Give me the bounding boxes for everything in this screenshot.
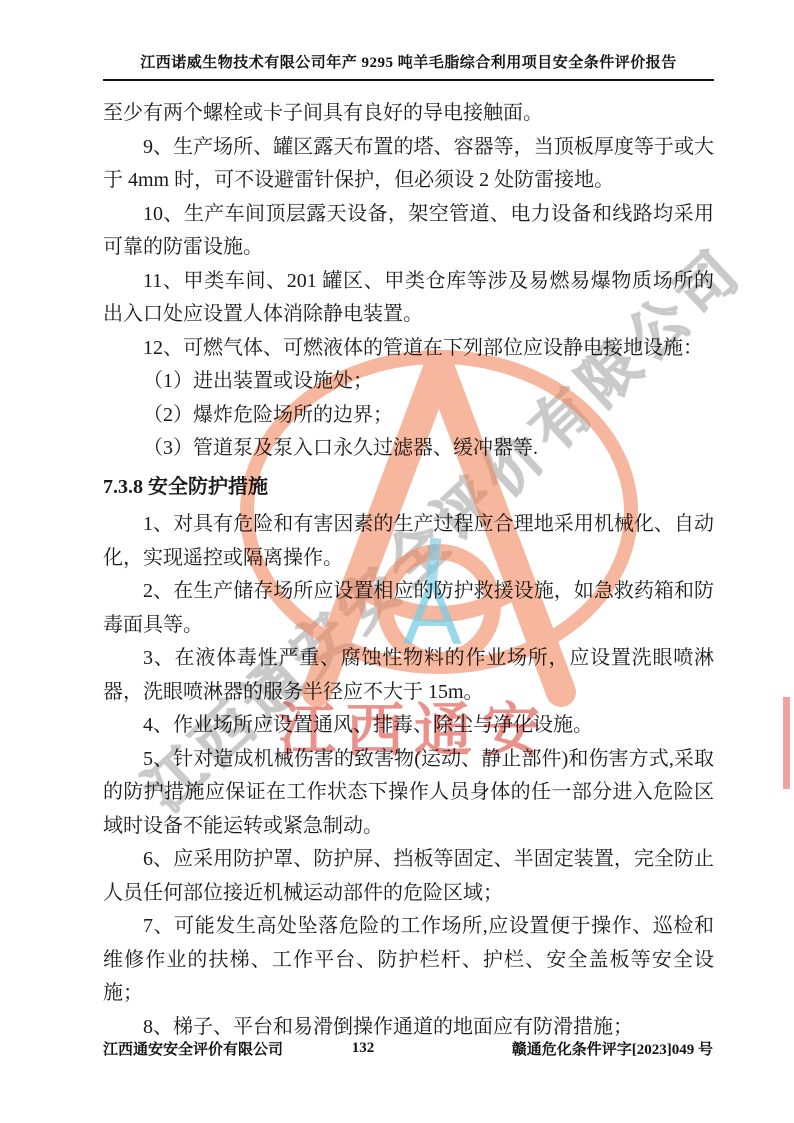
section-heading: 7.3.8 安全防护措施	[103, 471, 714, 505]
body-paragraph: 11、甲类车间、201 罐区、甲类仓库等涉及易燃易爆物质场所的出入口处应设置人体…	[103, 265, 714, 332]
body-paragraph: 10、生产车间顶层露天设备，架空管道、电力设备和线路均采用可靠的防雷设施。	[103, 198, 714, 265]
body-paragraph: 1、对具有危险和有害因素的生产过程应合理地采用机械化、自动化，实现遥控或隔离操作…	[103, 508, 714, 575]
body-paragraph: 6、应采用防护罩、防护屏、挡板等固定、半固定装置，完全防止人员任何部位接近机械运…	[103, 843, 714, 910]
red-watermark-edge-fragment	[783, 697, 790, 789]
page-footer: 江西通安安全评价有限公司 132 赣通危化条件评字[2023]049 号	[0, 1038, 794, 1062]
page-header-title: 江西诺威生物技术有限公司年产 9295 吨羊毛脂综合利用项目安全条件评价报告	[103, 51, 714, 72]
body-paragraph: 12、可燃气体、可燃液体的管道在下列部位应设静电接地设施：	[103, 332, 714, 366]
body-paragraph: 9、生产场所、罐区露天布置的塔、容器等，当顶板厚度等于或大于 4mm 时，可不设…	[103, 131, 714, 198]
body-paragraph: 3、在液体毒性严重、腐蚀性物料的作业场所，应设置洗眼喷淋器，洗眼喷淋器的服务半径…	[103, 642, 714, 709]
report-page: 江西诺威生物技术有限公司年产 9295 吨羊毛脂综合利用项目安全条件评价报告 至…	[0, 0, 794, 1123]
body-paragraph: 至少有两个螺栓或卡子间具有良好的导电接触面。	[103, 97, 714, 131]
body-paragraph: 5、针对造成机械伤害的致害物(运动、静止部件)和伤害方式,采取的防护措施应保证在…	[103, 743, 714, 844]
footer-doc-number: 赣通危化条件评字[2023]049 号	[512, 1038, 713, 1059]
body-paragraph: 2、在生产储存场所应设置相应的防护救援设施，如急救药箱和防毒面具等。	[103, 575, 714, 642]
body-paragraph: 4、作业场所应设置通风、排毒、除尘与净化设施。	[103, 709, 714, 743]
body-list-item: （3）管道泵及泵入口永久过滤器、缓冲器等.	[103, 432, 714, 466]
body-list-item: （1）进出装置或设施处；	[103, 365, 714, 399]
body-list-item: （2）爆炸危险场所的边界；	[103, 399, 714, 433]
document-body: 至少有两个螺栓或卡子间具有良好的导电接触面。 9、生产场所、罐区露天布置的塔、容…	[103, 97, 714, 1044]
header-divider	[103, 79, 714, 81]
body-paragraph: 7、可能发生高处坠落危险的工作场所,应设置便于操作、巡检和维修作业的扶梯、工作平…	[103, 910, 714, 1011]
